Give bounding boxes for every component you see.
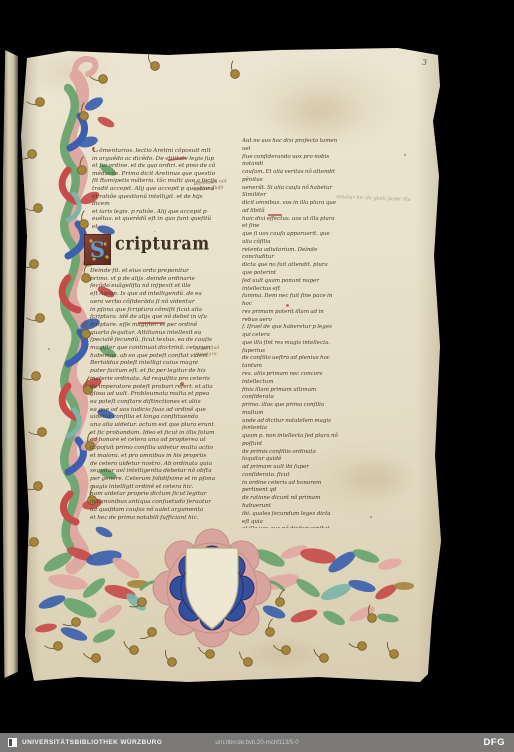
rubric-mark	[268, 214, 282, 216]
text-column-1-body: Deinde ſit. et eius ordo preponitur prim…	[90, 268, 218, 524]
dfg-logo: DFG	[483, 737, 505, 748]
library-footer-bar: UNIVERSITÄTSBIBLIOTHEK WÜRZBURG urn:nbn:…	[0, 733, 514, 752]
marginal-gloss-left: Iuxta illud ſcriptura	[195, 345, 238, 359]
illuminated-initial: S	[84, 234, 111, 265]
manuscript-page: Cõmentarios. lectio Aretini cõposuit mlt…	[18, 46, 442, 684]
library-name: UNIVERSITÄTSBIBLIOTHEK WÜRZBURG	[22, 739, 162, 746]
rubric-dot	[180, 382, 184, 386]
rubric-dot	[286, 304, 289, 307]
bottom-center-wreath	[140, 529, 284, 647]
text-column-2-body: Aut ne uos hoc dixi profecto tamen uel ſ…	[242, 138, 338, 528]
rubric-underline	[138, 322, 164, 324]
digitized-manuscript-photo: Cõmentarios. lectio Aretini cõposuit mlt…	[0, 0, 514, 752]
book-gutter-edge	[2, 50, 18, 678]
library-logo-icon	[8, 738, 17, 747]
chapter-heading: cripturam	[115, 233, 210, 254]
illumination-layer	[18, 46, 442, 684]
folio-number: 3	[422, 58, 427, 67]
chapter-heading-row: S cripturam	[84, 234, 210, 268]
urn-identifier: urn:nbn:de:bvb:20-mchf113/5-0	[215, 740, 298, 746]
